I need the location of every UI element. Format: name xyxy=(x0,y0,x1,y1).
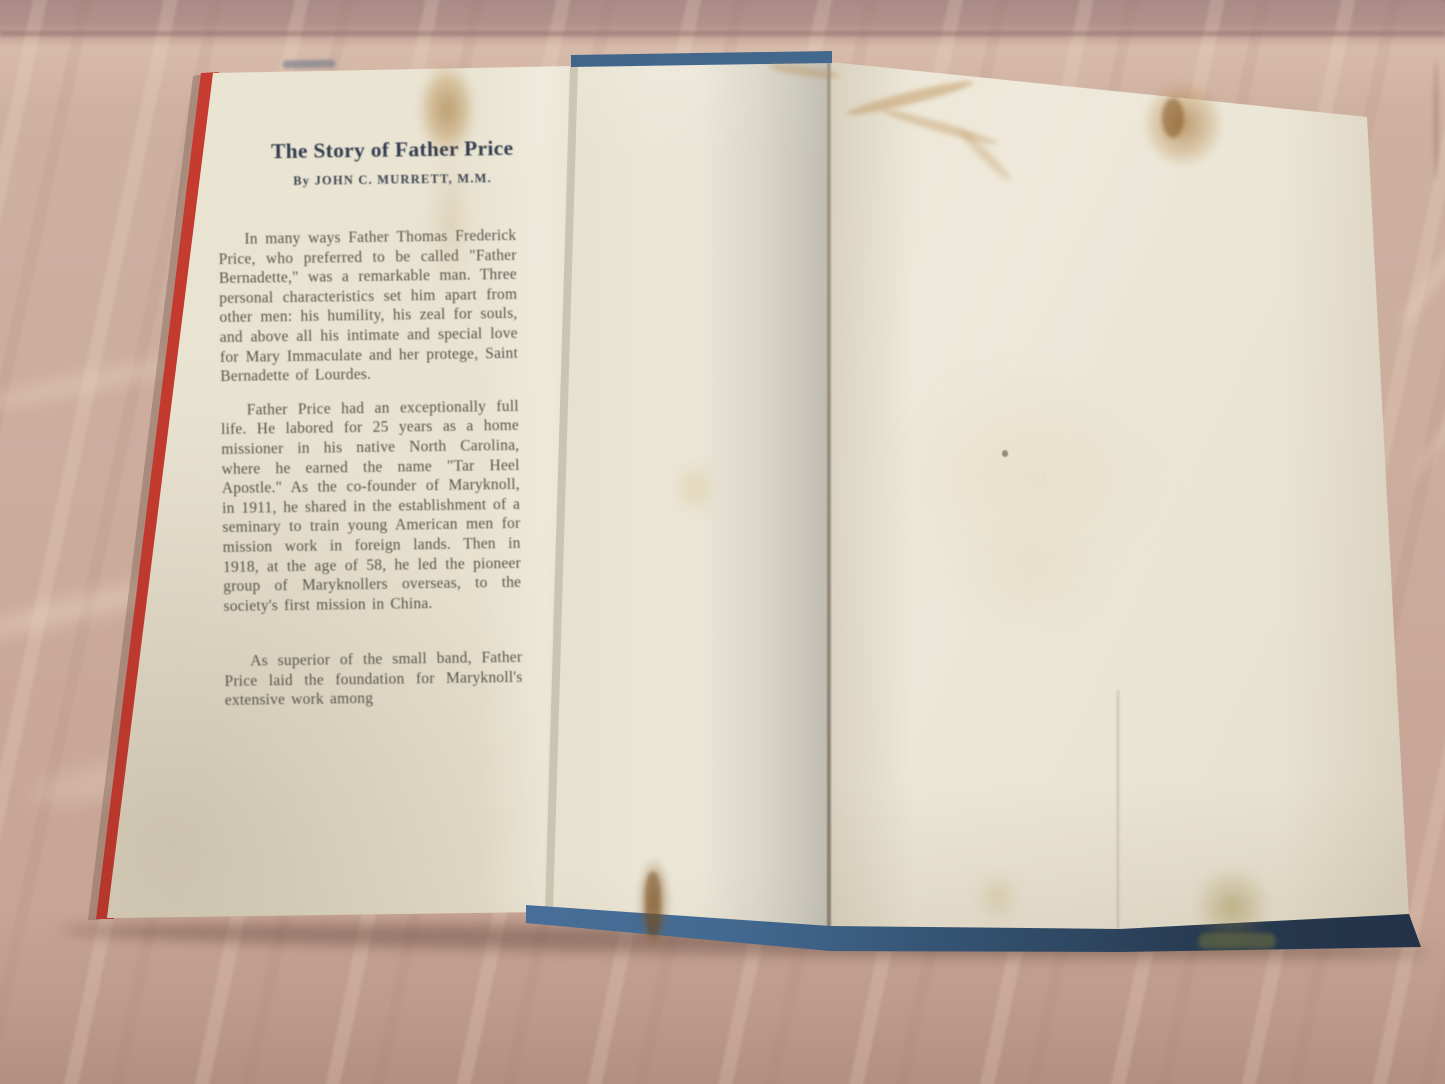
stain-bottom-right-olive xyxy=(1198,933,1276,949)
flap-paragraph-1: In many ways Father Thomas Frederick Pri… xyxy=(218,226,518,387)
stain-speck xyxy=(1002,450,1008,457)
stain-flap-drip xyxy=(430,150,470,290)
blue-cover-edge-peek xyxy=(283,60,335,69)
stain-top-right-core xyxy=(1162,98,1184,138)
flap-title: The Story of Father Price xyxy=(243,135,541,164)
stain-flap-top xyxy=(418,62,476,157)
stain-bottom-faint xyxy=(975,870,1020,925)
flap-text-block: The Story of Father Price By JOHN C. MUR… xyxy=(217,136,523,711)
flap-paragraph-3: As superior of the small band, Father Pr… xyxy=(224,648,523,711)
flap-byline: By JOHN C. MURRETT, M.M. xyxy=(243,170,541,189)
page-crease-line xyxy=(1117,690,1119,940)
flap-paragraph-2: Father Price had an exceptionally full l… xyxy=(221,397,522,617)
wood-knot-line xyxy=(1434,60,1438,180)
book-photo: The Story of Father Price By JOHN C. MUR… xyxy=(0,0,1445,1084)
gutter-crease xyxy=(827,62,831,942)
stain-right-middle xyxy=(950,520,1110,630)
table-seam-line xyxy=(0,31,1445,36)
stain-endpaper-mid xyxy=(672,460,718,516)
stain-bottom-streak-core xyxy=(645,872,661,936)
